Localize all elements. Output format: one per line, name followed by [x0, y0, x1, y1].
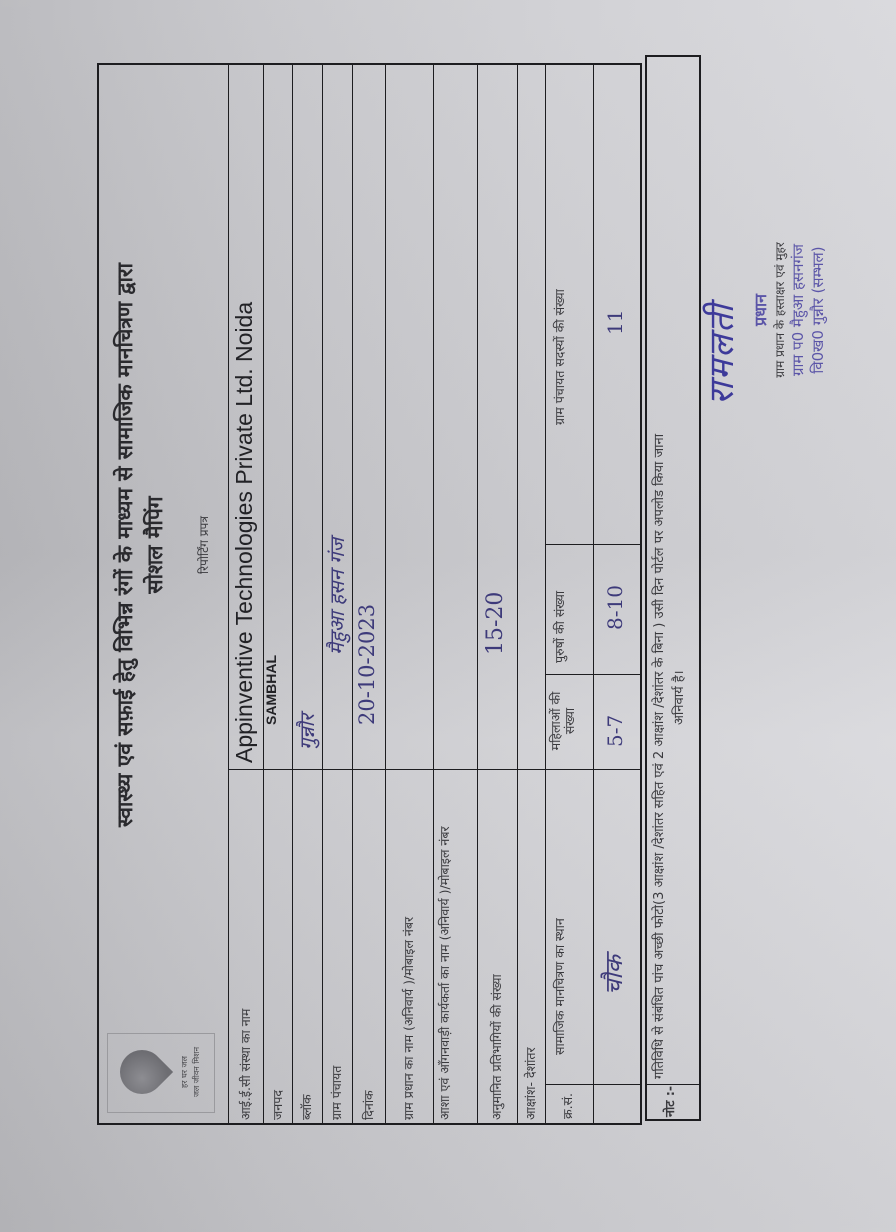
stamp-block-district: वि0ख0 गुन्नौर (सम्भल): [808, 135, 828, 485]
field-value-ngo-name: Appinventive Technologies Private Ltd. N…: [231, 302, 258, 763]
table-col-divider: [545, 769, 642, 770]
social-mapping-report-form: हर घर जल जल जीवन मिशन स्वास्थ्य एवं सफ़ा…: [97, 63, 747, 1125]
field-value-district: SAMBHAL: [263, 655, 279, 725]
field-label-gram-panchayat: ग्राम पंचायत: [330, 1066, 344, 1120]
field-label-date: दिनांक: [362, 1090, 376, 1120]
field-value-gram-panchayat: मैहुआ हसन गंज: [323, 538, 350, 655]
row-divider: [352, 63, 353, 1125]
row-divider: [292, 63, 293, 1125]
form-subtitle: रिपोर्टिंग प्रपत्र: [195, 75, 212, 1015]
table-header-serial-no: क्र.सं.: [561, 1093, 575, 1119]
note-text-line-1: गतिविधि से संबंधित पांच अच्छी फोटो(3 आक्…: [653, 434, 667, 1079]
table-cell-men-count: 8-10: [603, 585, 627, 630]
table-col-divider: [545, 674, 642, 675]
field-label-district: जनपद: [271, 1090, 285, 1120]
table-col-divider: [545, 1084, 642, 1085]
field-label-ngo-name: आई.ई.सी संस्था का नाम: [239, 1009, 253, 1120]
field-label-estimated-participants: अनुमानित प्रतिभागियों की संख्या: [490, 974, 504, 1120]
table-cell-panchayat-members-count: 11: [603, 310, 627, 335]
row-divider: [545, 63, 546, 1125]
stamp-caption: ग्राम प्रधान के हस्ताक्षर एवं मुहर: [771, 135, 788, 485]
row-divider: [517, 63, 518, 1125]
water-drop-logo-icon: [111, 1041, 173, 1103]
label-value-divider: [228, 769, 545, 770]
pradhan-stamp: प्रधान ग्राम प्रधान के हस्ताक्षर एवं मुह…: [749, 135, 828, 485]
field-label-latitude-longitude: आक्षांश- देशांतर: [524, 1047, 538, 1120]
field-label-asha-anganwadi-name-mobile: आशा एवं आँगनवाड़ी कार्यकर्ता का नाम (अनि…: [438, 780, 452, 1120]
form-title-line-1: स्वास्थ्य एवं सफ़ाई हेतु विभिन्न रंगों क…: [111, 75, 139, 1015]
table-header-panchayat-members-count: ग्राम पंचायत सदस्यों की संख्या: [553, 289, 567, 425]
form-title-line-2: सोशल मैपिंग: [141, 75, 169, 1015]
row-divider: [593, 63, 594, 1125]
row-divider: [433, 63, 434, 1125]
table-header-mapping-location: सामाजिक मानचित्रण का स्थान: [553, 918, 567, 1055]
row-divider: [385, 63, 386, 1125]
row-divider: [477, 63, 478, 1125]
note-label: नोट :-: [663, 1086, 677, 1117]
field-value-estimated-participants: 15-20: [483, 592, 508, 655]
logo-caption-2: जल जीवन मिशन: [192, 1032, 202, 1112]
table-cell-mapping-location: चौक: [597, 955, 630, 995]
note-text-line-2: अनिवार्य है।: [673, 670, 687, 725]
field-value-block: गुन्नौर: [293, 714, 320, 750]
note-label-divider: [645, 1084, 701, 1085]
jal-jeevan-mission-logo: हर घर जल जल जीवन मिशन: [107, 1033, 215, 1113]
table-header-men-count: पुरुषों की संख्या: [553, 591, 567, 663]
logo-caption-1: हर घर जल: [180, 1032, 190, 1112]
field-label-block: ब्लॉक: [300, 1094, 314, 1120]
row-divider: [263, 63, 264, 1125]
stamp-title: प्रधान: [749, 135, 771, 485]
table-header-women-count: महिलाओं की संख्या: [549, 677, 577, 765]
field-value-date: 20-10-2023: [355, 604, 379, 725]
table-col-divider: [545, 544, 642, 545]
field-label-pradhan-name-mobile: ग्राम प्रधान का नाम (अनिवार्य )/मोबाइल न…: [402, 917, 416, 1120]
table-cell-women-count: 5-7: [603, 715, 627, 747]
pradhan-signature: रामलती: [697, 303, 743, 405]
row-divider: [228, 63, 229, 1125]
stamp-village: ग्राम प0 मैहुआ हसनगंज: [788, 135, 808, 485]
